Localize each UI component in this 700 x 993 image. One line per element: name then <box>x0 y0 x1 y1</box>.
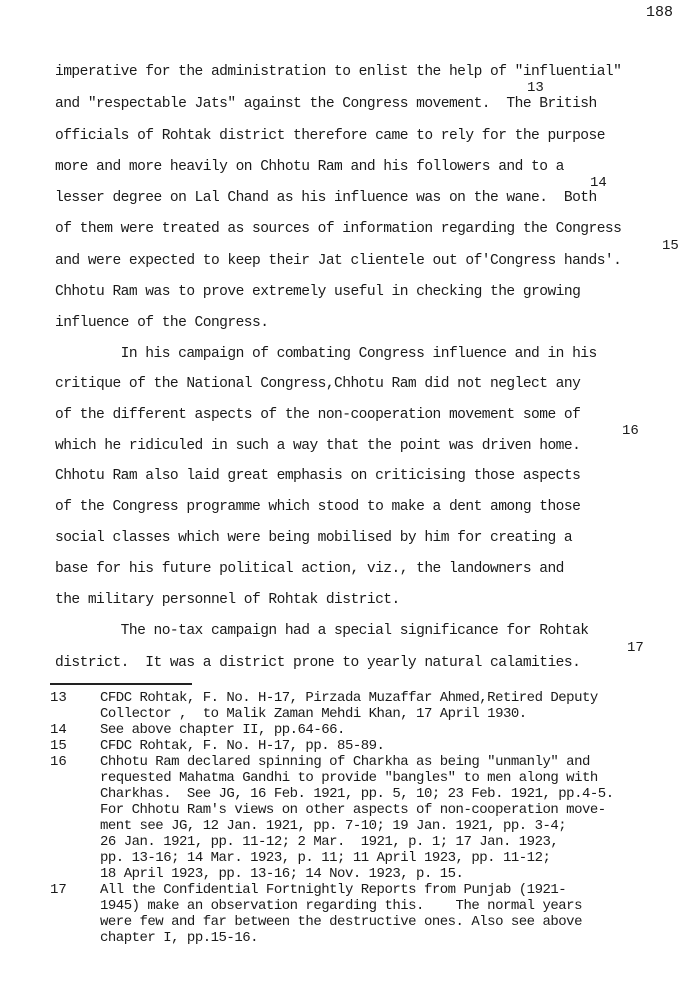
footnote-divider <box>50 683 192 685</box>
body-line: more and more heavily on Chhotu Ram and … <box>55 159 564 175</box>
footnote-line: requested Mahatma Gandhi to provide "ban… <box>100 770 598 786</box>
footnote-line: 18 April 1923, pp. 13-16; 14 Nov. 1923, … <box>100 866 463 882</box>
footnote-line: See above chapter II, pp.64-66. <box>100 722 345 738</box>
footnote-line: 1945) make an observation regarding this… <box>100 898 582 914</box>
footnote-line: All the Confidential Fortnightly Reports… <box>100 882 566 898</box>
footnote-line: chapter I, pp.15-16. <box>100 930 258 946</box>
body-line: influence of the Congress. <box>55 315 268 331</box>
body-line: Chhotu Ram also laid great emphasis on c… <box>55 468 580 484</box>
body-line: Chhotu Ram was to prove extremely useful… <box>55 284 580 300</box>
body-line: critique of the National Congress,Chhotu… <box>55 376 580 392</box>
page-number: 188 <box>646 4 673 21</box>
body-line: and were expected to keep their Jat clie… <box>55 253 621 269</box>
body-line: of them were treated as sources of infor… <box>55 221 621 237</box>
body-line: officials of Rohtak district therefore c… <box>55 128 605 144</box>
footnote-number: 14 <box>50 722 67 738</box>
footnote-line: CFDC Rohtak, F. No. H-17, pp. 85-89. <box>100 738 384 754</box>
body-line: of the different aspects of the non-coop… <box>55 407 580 423</box>
footnote-line: CFDC Rohtak, F. No. H-17, Pirzada Muzaff… <box>100 690 598 706</box>
footnote-line: were few and far between the destructive… <box>100 914 582 930</box>
body-line: The no-tax campaign had a special signif… <box>55 623 589 639</box>
body-line: and "respectable Jats" against the Congr… <box>55 96 597 112</box>
body-line: of the Congress programme which stood to… <box>55 499 580 515</box>
body-line: social classes which were being mobilise… <box>55 530 572 546</box>
footnote-line: Collector , to Malik Zaman Mehdi Khan, 1… <box>100 706 527 722</box>
footnote-number: 13 <box>50 690 67 706</box>
footnote-reference: 16 <box>622 423 639 439</box>
body-line: base for his future political action, vi… <box>55 561 564 577</box>
footnote-reference: 14 <box>590 175 607 191</box>
body-line: district. It was a district prone to yea… <box>55 655 580 671</box>
body-line: which he ridiculed in such a way that th… <box>55 438 580 454</box>
footnote-line: ment see JG, 12 Jan. 1921, pp. 7-10; 19 … <box>100 818 566 834</box>
footnote-line: For Chhotu Ram's views on other aspects … <box>100 802 606 818</box>
footnote-number: 17 <box>50 882 67 898</box>
footnote-number: 16 <box>50 754 67 770</box>
footnote-line: pp. 13-16; 14 Mar. 1923, p. 11; 11 April… <box>100 850 550 866</box>
footnote-reference: 13 <box>527 80 544 96</box>
footnote-number: 15 <box>50 738 67 754</box>
footnote-reference: 17 <box>627 640 644 656</box>
body-line: the military personnel of Rohtak distric… <box>55 592 400 608</box>
body-line: In his campaign of combating Congress in… <box>55 346 597 362</box>
body-line: imperative for the administration to enl… <box>55 64 621 80</box>
footnote-line: Chhotu Ram declared spinning of Charkha … <box>100 754 590 770</box>
footnote-reference: 15 <box>662 238 679 254</box>
footnote-line: Charkhas. See JG, 16 Feb. 1921, pp. 5, 1… <box>100 786 614 802</box>
footnote-line: 26 Jan. 1921, pp. 11-12; 2 Mar. 1921, p.… <box>100 834 558 850</box>
body-line: lesser degree on Lal Chand as his influe… <box>55 190 597 206</box>
